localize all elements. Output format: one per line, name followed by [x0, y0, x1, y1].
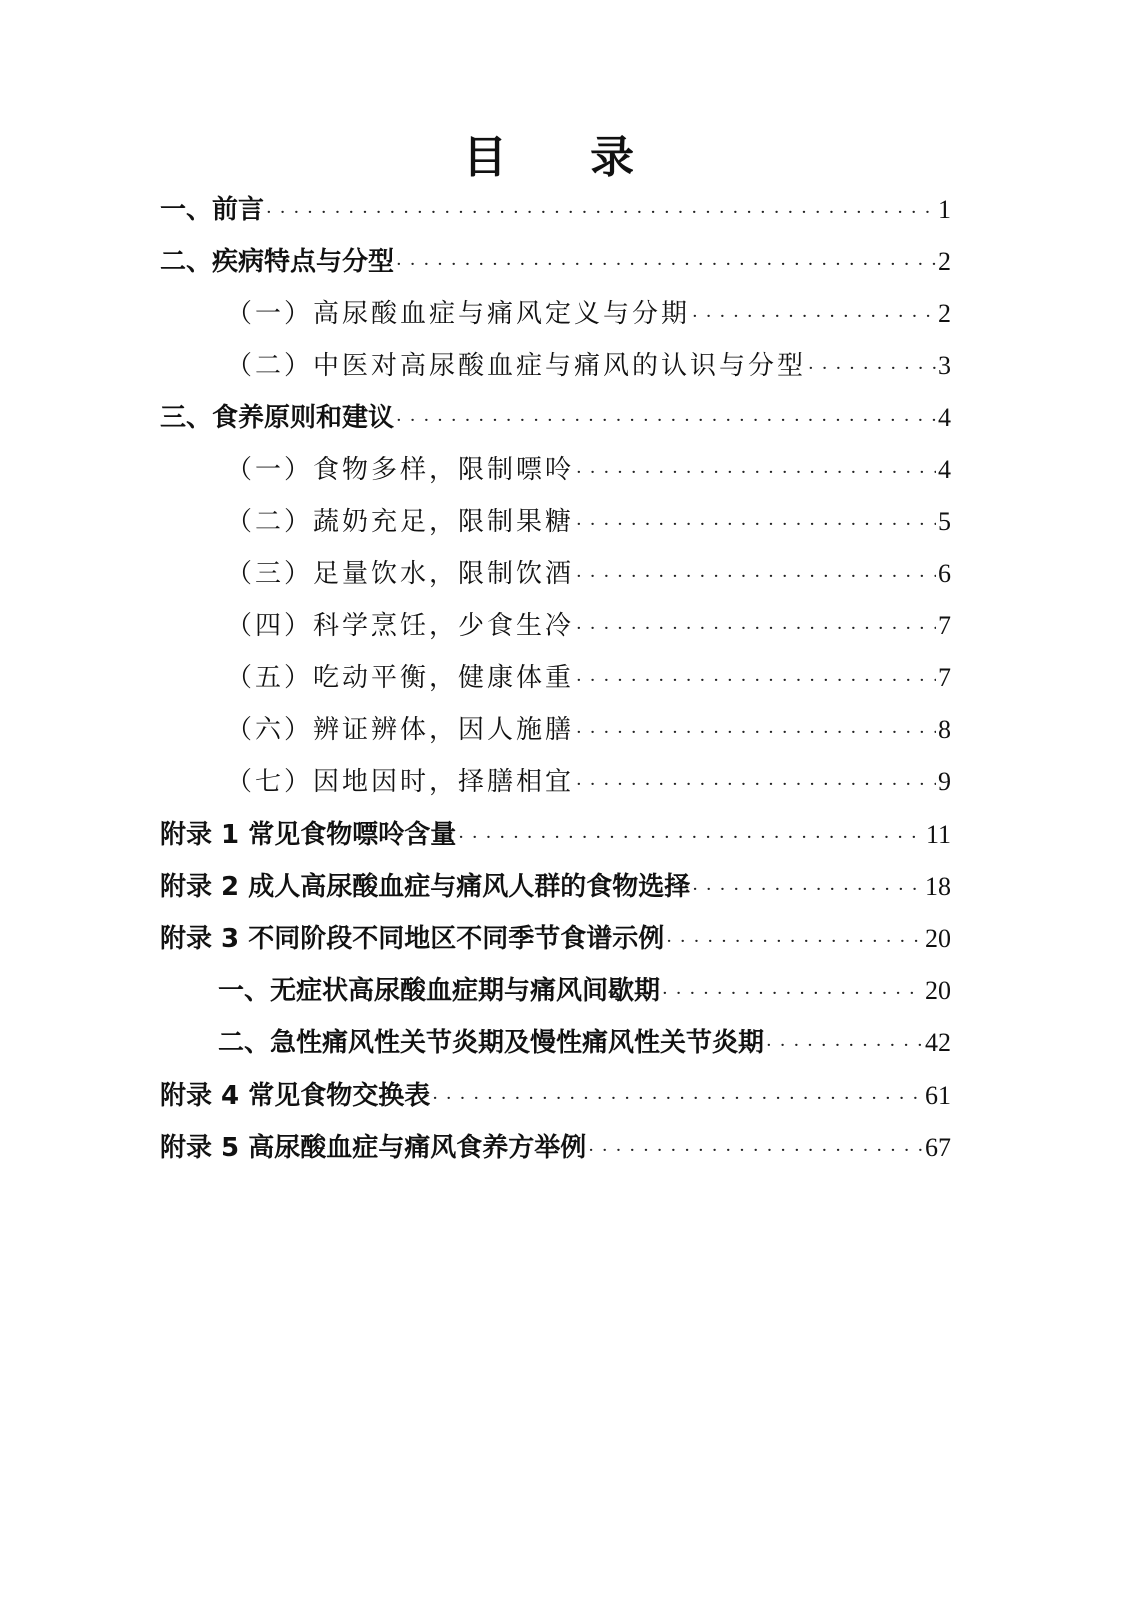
toc-entry-label: 二、疾病特点与分型 [160, 242, 394, 282]
toc-entry-label: 一、前言 [160, 190, 264, 230]
dot-leader [588, 1131, 923, 1171]
dot-leader [808, 349, 936, 389]
toc-entry-label: （三）足量饮水，限制饮酒 [226, 554, 574, 594]
toc-entry-page: 18 [925, 867, 951, 907]
toc-entry-label: 附录 4 常见食物交换表 [160, 1076, 430, 1116]
dot-leader [576, 713, 936, 753]
toc-entry-label: 附录 2 成人高尿酸血症与痛风人群的食物选择 [160, 867, 690, 907]
toc-entry-page: 5 [938, 502, 951, 542]
toc-entry-page: 7 [938, 658, 951, 698]
toc-entry-page: 42 [925, 1023, 951, 1063]
toc-entry-appendix-3-part-2[interactable]: 二、急性痛风性关节炎期及慢性痛风性关节炎期 42 [218, 1023, 951, 1063]
toc-entry-label: 附录 5 高尿酸血症与痛风食养方举例 [160, 1128, 586, 1168]
toc-entry-principle-3[interactable]: （三）足量饮水，限制饮酒 6 [226, 554, 951, 594]
toc-entry-label: （二）中医对高尿酸血症与痛风的认识与分型 [226, 346, 806, 386]
toc-entry-preface[interactable]: 一、前言 1 [160, 190, 951, 230]
page-title: 目 录 [0, 128, 1131, 188]
toc-entry-principle-4[interactable]: （四）科学烹饪，少食生冷 7 [226, 606, 951, 646]
dot-leader [766, 1026, 923, 1066]
toc-entry-appendix-1[interactable]: 附录 1 常见食物嘌呤含量 11 [160, 815, 951, 855]
dot-leader [576, 609, 936, 649]
toc-entry-page: 20 [925, 971, 951, 1011]
toc-entry-label: （二）蔬奶充足，限制果糖 [226, 502, 574, 542]
toc-entry-principle-6[interactable]: （六）辨证辨体，因人施膳 8 [226, 710, 951, 750]
dot-leader [576, 557, 936, 597]
dot-leader [662, 974, 923, 1014]
toc-entry-appendix-3[interactable]: 附录 3 不同阶段不同地区不同季节食谱示例 20 [160, 919, 951, 959]
toc-entry-page: 2 [938, 294, 951, 334]
dot-leader [576, 453, 936, 493]
toc-entry-label: 三、食养原则和建议 [160, 398, 394, 438]
toc-entry-page: 11 [926, 815, 951, 855]
dot-leader [576, 505, 936, 545]
toc-entry-tcm-understanding[interactable]: （二）中医对高尿酸血症与痛风的认识与分型 3 [226, 346, 951, 386]
toc-entry-page: 4 [938, 450, 951, 490]
toc-entry-disease-features[interactable]: 二、疾病特点与分型 2 [160, 242, 951, 282]
toc-entry-appendix-4[interactable]: 附录 4 常见食物交换表 61 [160, 1076, 951, 1116]
toc-entry-label: 二、急性痛风性关节炎期及慢性痛风性关节炎期 [218, 1023, 764, 1063]
toc-entry-label: （一）高尿酸血症与痛风定义与分期 [226, 294, 690, 334]
toc-entry-label: 附录 3 不同阶段不同地区不同季节食谱示例 [160, 919, 664, 959]
dot-leader [576, 661, 936, 701]
toc-entry-label: （七）因地因时，择膳相宜 [226, 762, 574, 802]
toc-entry-page: 7 [938, 606, 951, 646]
toc-entry-page: 8 [938, 710, 951, 750]
toc-entry-principle-5[interactable]: （五）吃动平衡，健康体重 7 [226, 658, 951, 698]
toc-entry-page: 61 [925, 1076, 951, 1116]
toc-entry-page: 6 [938, 554, 951, 594]
toc-entry-definition-staging[interactable]: （一）高尿酸血症与痛风定义与分期 2 [226, 294, 951, 334]
dot-leader [432, 1079, 923, 1119]
toc-entry-principle-2[interactable]: （二）蔬奶充足，限制果糖 5 [226, 502, 951, 542]
toc-entry-appendix-3-part-1[interactable]: 一、无症状高尿酸血症期与痛风间歇期 20 [218, 971, 951, 1011]
toc-entry-page: 2 [938, 242, 951, 282]
toc-entry-label: （六）辨证辨体，因人施膳 [226, 710, 574, 750]
toc-entry-label: 一、无症状高尿酸血症期与痛风间歇期 [218, 971, 660, 1011]
dot-leader [266, 193, 936, 233]
toc-entry-label: （四）科学烹饪，少食生冷 [226, 606, 574, 646]
toc-entry-label: 附录 1 常见食物嘌呤含量 [160, 815, 456, 855]
toc-entry-page: 67 [925, 1128, 951, 1168]
dot-leader [396, 401, 936, 441]
dot-leader [396, 245, 936, 285]
toc-entry-page: 20 [925, 919, 951, 959]
toc-entry-page: 1 [938, 190, 951, 230]
toc-entry-label: （一）食物多样，限制嘌呤 [226, 450, 574, 490]
toc-entry-principle-1[interactable]: （一）食物多样，限制嘌呤 4 [226, 450, 951, 490]
toc-entry-page: 9 [938, 762, 951, 802]
dot-leader [576, 765, 936, 805]
toc-entry-page: 4 [938, 398, 951, 438]
toc-entry-appendix-5[interactable]: 附录 5 高尿酸血症与痛风食养方举例 67 [160, 1128, 951, 1168]
toc-entry-principle-7[interactable]: （七）因地因时，择膳相宜 9 [226, 762, 951, 802]
toc-entry-diet-principles[interactable]: 三、食养原则和建议 4 [160, 398, 951, 438]
dot-leader [458, 818, 924, 858]
dot-leader [666, 922, 923, 962]
toc-entry-appendix-2[interactable]: 附录 2 成人高尿酸血症与痛风人群的食物选择 18 [160, 867, 951, 907]
dot-leader [692, 297, 936, 337]
toc-entry-label: （五）吃动平衡，健康体重 [226, 658, 574, 698]
toc-entry-page: 3 [938, 346, 951, 386]
dot-leader [692, 870, 923, 910]
